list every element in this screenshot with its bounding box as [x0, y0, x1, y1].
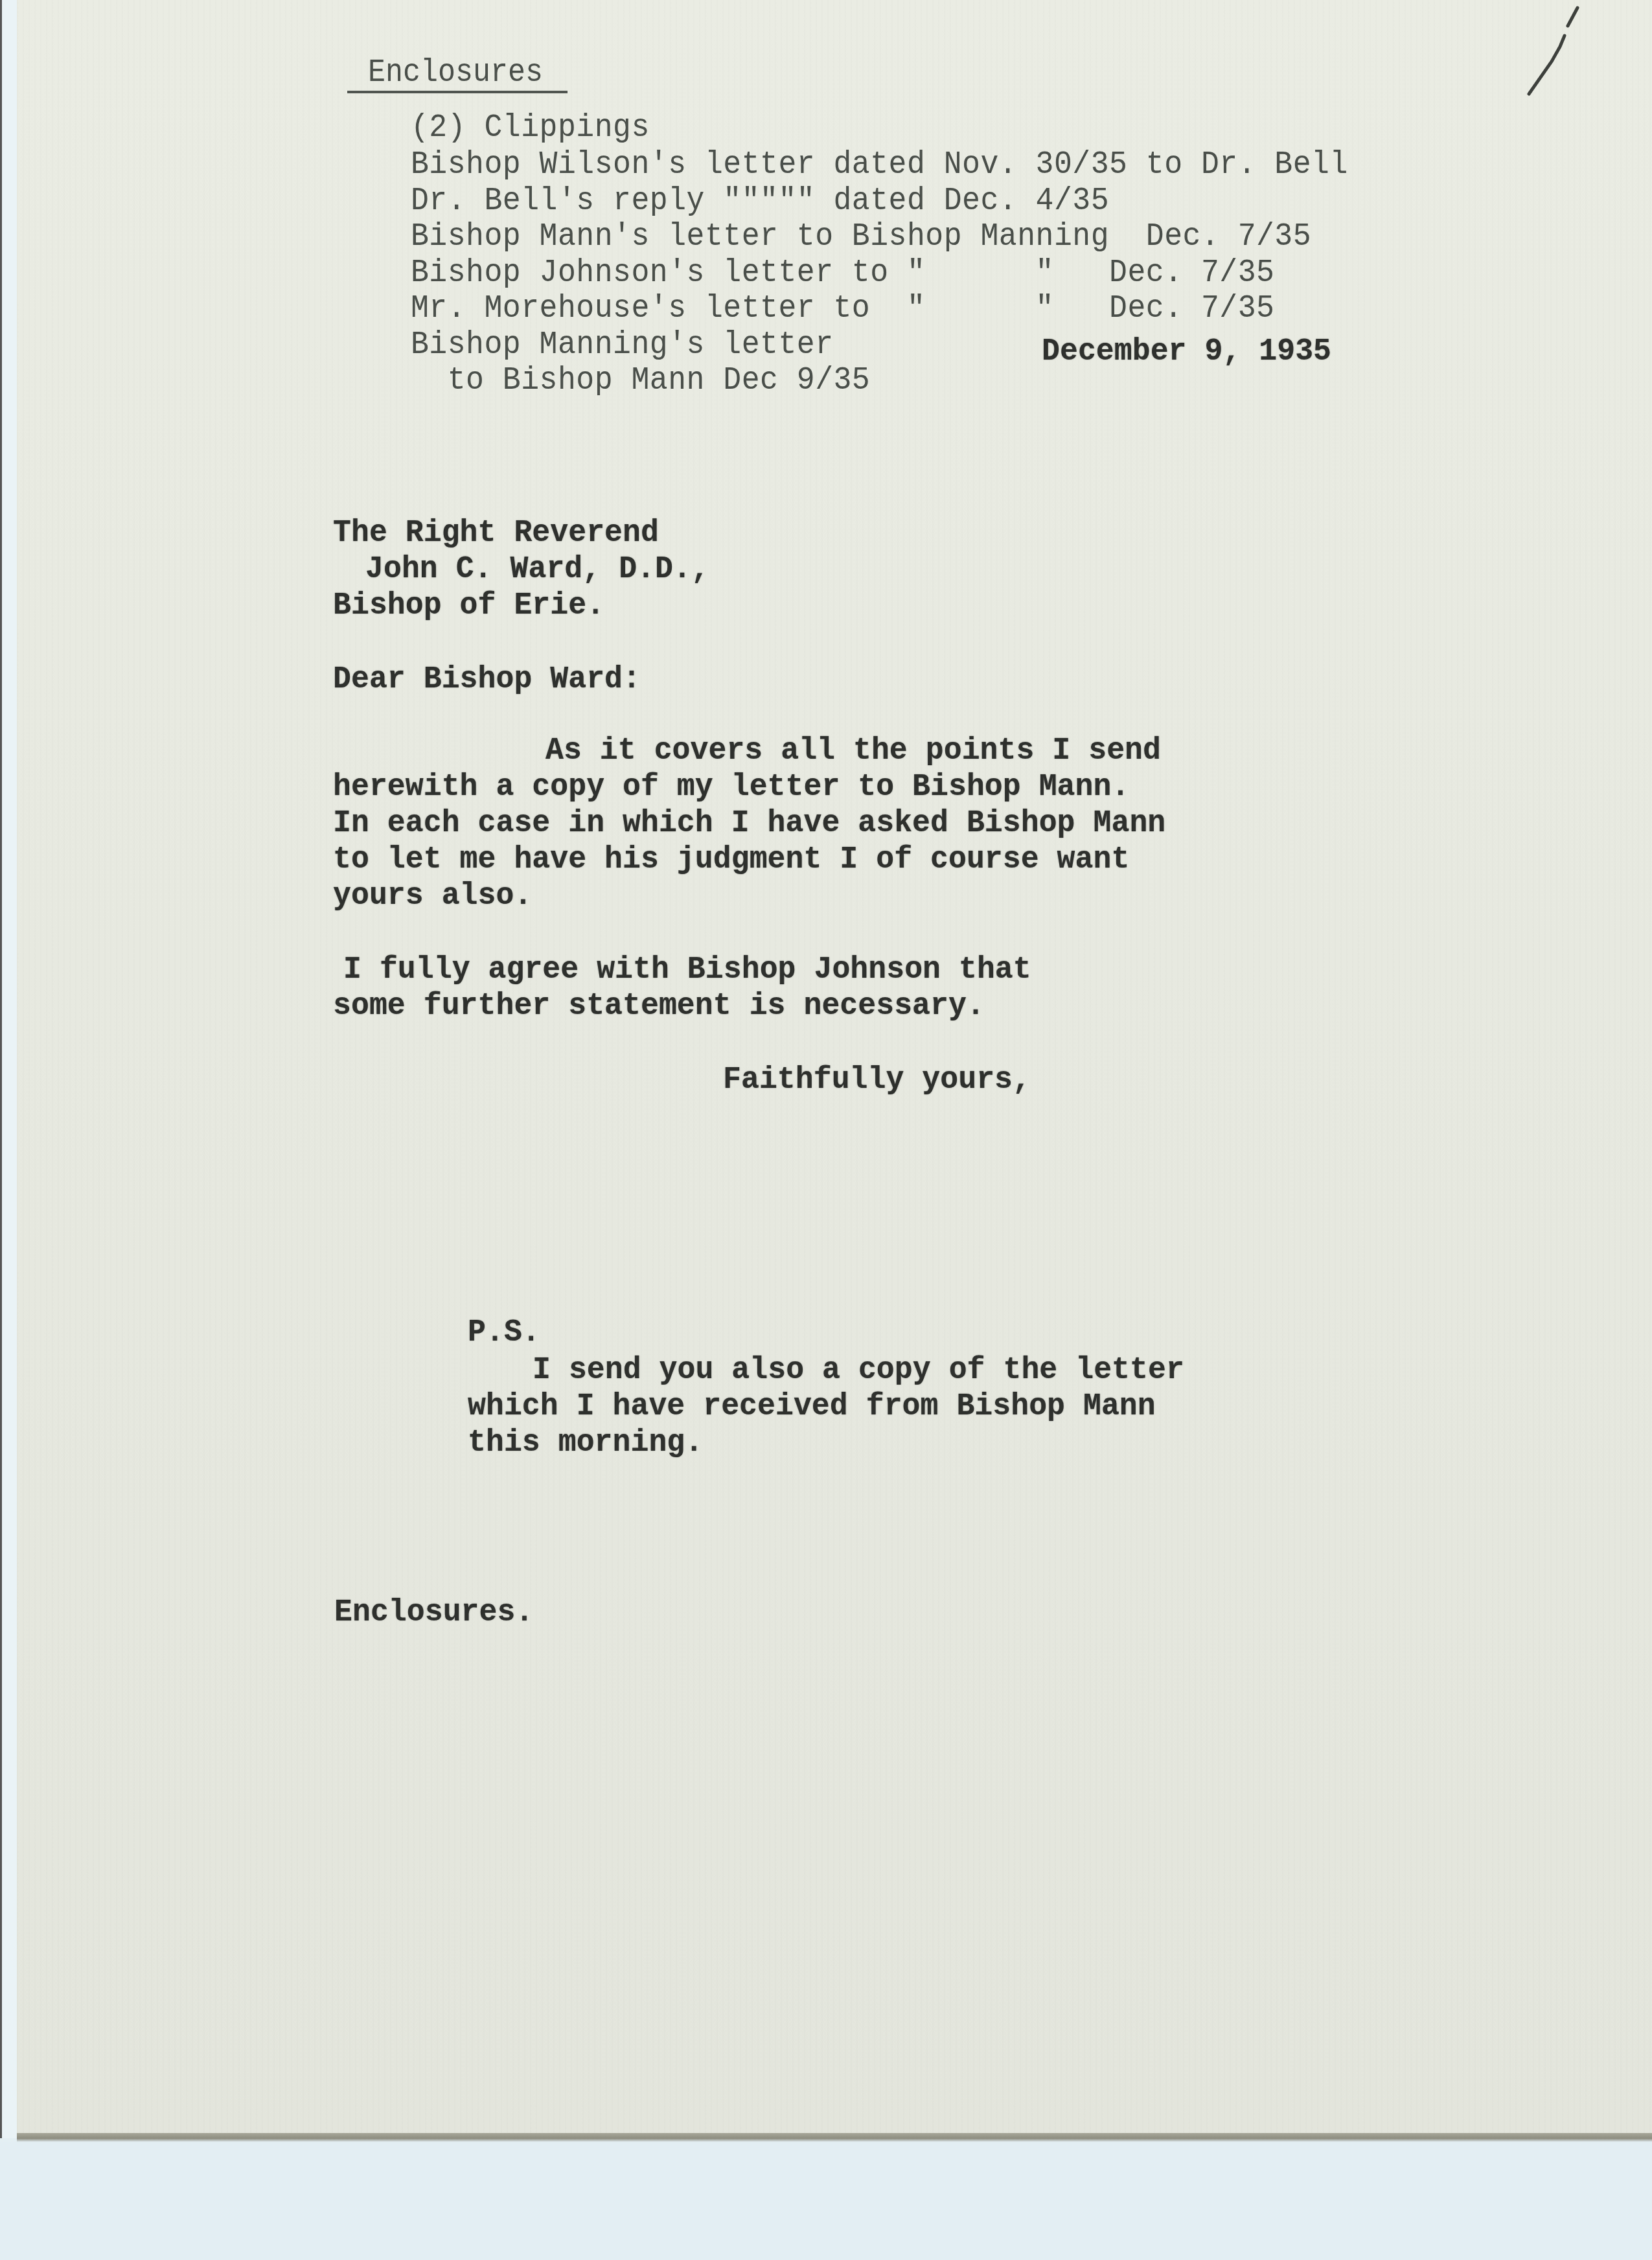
closing: Faithfully yours,: [723, 1063, 1031, 1098]
pencil-mark-icon: [1516, 0, 1594, 104]
body-line: As it covers all the points I send: [545, 733, 1161, 768]
salutation: Dear Bishop Ward:: [333, 662, 641, 697]
body-line: some further statement is necessary.: [333, 989, 985, 1024]
postscript-label: P.S.: [468, 1315, 540, 1350]
scanner-bed: [0, 2142, 1652, 2260]
enclosure-item: to Bishop Mann Dec 9/35: [411, 363, 870, 398]
address-line-3: Bishop of Erie.: [333, 588, 604, 623]
postscript-line: this morning.: [468, 1425, 703, 1460]
enclosures-underline: [347, 91, 568, 93]
enclosure-item: Bishop Manning's letter: [411, 327, 834, 363]
body-line: to let me have his judgment I of course …: [333, 842, 1129, 877]
enclosure-item: (2) Clippings: [411, 110, 650, 146]
postscript-line: which I have received from Bishop Mann: [468, 1389, 1156, 1424]
paper-edge-shadow: [17, 2133, 1652, 2142]
body-line: herewith a copy of my letter to Bishop M…: [333, 770, 1129, 805]
body-line: I fully agree with Bishop Johnson that: [343, 952, 1031, 987]
enclosure-item: Bishop Wilson's letter dated Nov. 30/35 …: [411, 147, 1348, 183]
enclosure-item: Dr. Bell's reply """"" dated Dec. 4/35: [411, 183, 1109, 219]
enclosure-item: Bishop Johnson's letter to " " Dec. 7/35: [411, 255, 1274, 291]
letter-date: December 9, 1935: [1042, 334, 1331, 369]
enclosure-item: Mr. Morehouse's letter to " " Dec. 7/35: [411, 291, 1274, 327]
enclosures-heading: Enclosures: [368, 54, 543, 91]
body-line: In each case in which I have asked Bisho…: [333, 806, 1165, 841]
footer-enclosures: Enclosures.: [334, 1595, 533, 1630]
scanner-edge: [0, 0, 19, 2138]
enclosure-item: Bishop Mann's letter to Bishop Manning D…: [411, 219, 1311, 255]
body-line: yours also.: [333, 879, 532, 914]
address-line-1: The Right Reverend: [333, 516, 659, 551]
postscript-line: I send you also a copy of the letter: [533, 1353, 1184, 1388]
address-line-2: John C. Ward, D.D.,: [365, 552, 709, 587]
